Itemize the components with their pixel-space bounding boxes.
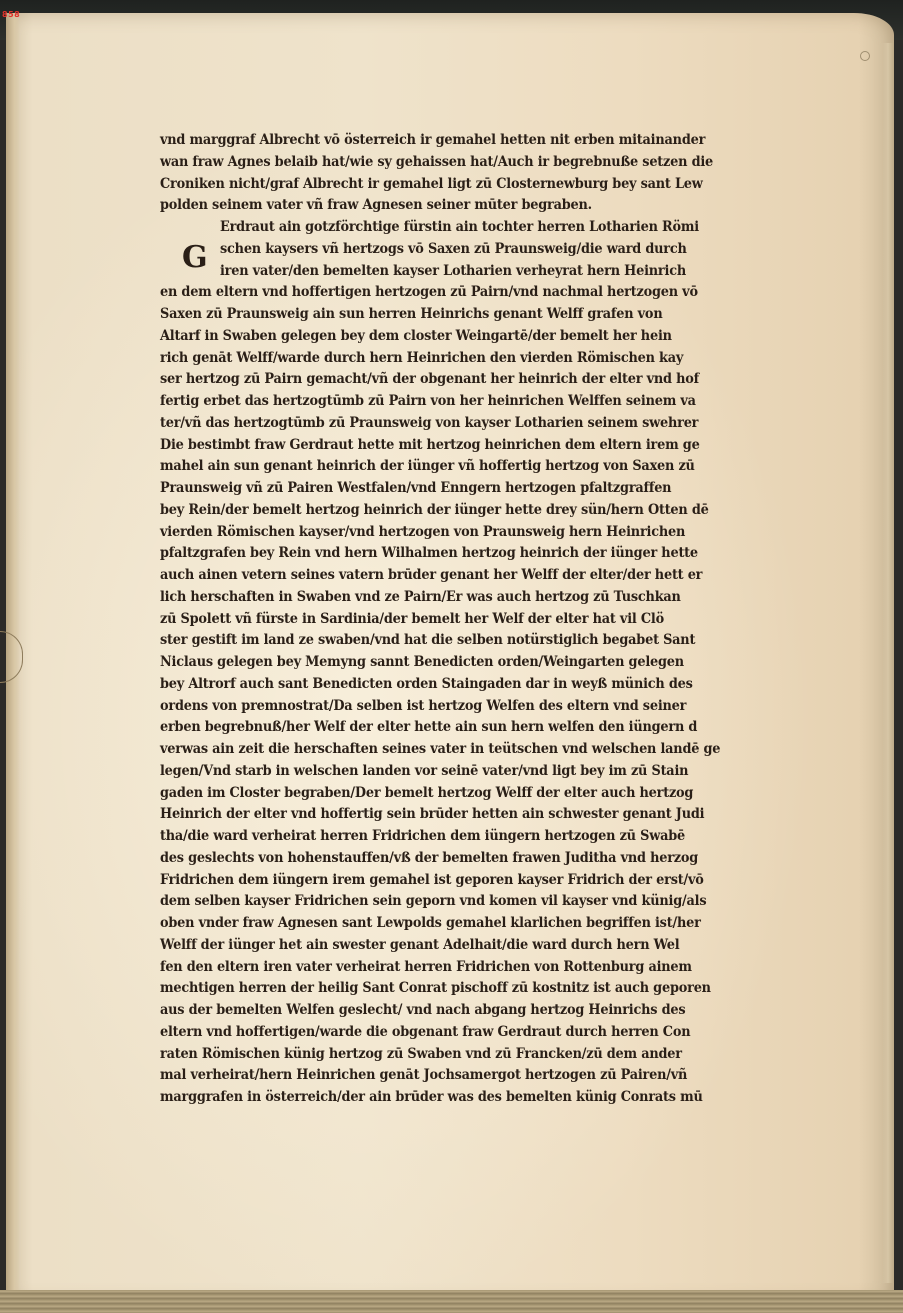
drop-cap-initial: G xyxy=(182,240,208,275)
text-line: mal verheirat/hern Heinrichen genāt Joch… xyxy=(160,1065,790,1087)
pin-hole-icon xyxy=(860,51,870,61)
text-line: auch ainen vetern seines vatern brūder g… xyxy=(160,565,790,587)
text-line: schen kaysers vñ hertzogs vō Saxen zū Pr… xyxy=(160,239,790,261)
text-line: des geslechts von hohenstauffen/vß der b… xyxy=(160,848,790,870)
text-line: bey Altrorf auch sant Benedicten orden S… xyxy=(160,674,790,696)
text-line: ser hertzog zū Pairn gemacht/vñ der obge… xyxy=(160,369,790,391)
text-line: mahel ain sun genant heinrich der iünger… xyxy=(160,456,790,478)
text-line: Croniken nicht/graf Albrecht ir gemahel … xyxy=(160,174,790,196)
text-line: zū Spolett vñ fürste in Sardinia/der bem… xyxy=(160,609,790,631)
text-line: erben begrebnuß/her Welf der elter hette… xyxy=(160,717,790,739)
text-line: en dem eltern vnd hoffertigen hertzogen … xyxy=(160,282,790,304)
text-line: polden seinem vater vñ fraw Agnesen sein… xyxy=(160,195,790,217)
text-line: fen den eltern iren vater verheirat herr… xyxy=(160,957,790,979)
text-line: mechtigen herren der heilig Sant Conrat … xyxy=(160,978,790,1000)
text-line: eltern vnd hoffertigen/warde die obgenan… xyxy=(160,1022,790,1044)
text-line: aus der bemelten Welfen geslecht/ vnd na… xyxy=(160,1000,790,1022)
text-line: Saxen zū Praunsweig ain sun herren Heinr… xyxy=(160,304,790,326)
text-line: vierden Römischen kayser/vnd hertzogen v… xyxy=(160,522,790,544)
text-line: Niclaus gelegen bey Memyng sannt Benedic… xyxy=(160,652,790,674)
text-line: Altarf in Swaben gelegen bey dem closter… xyxy=(160,326,790,348)
text-line: legen/Vnd starb in welschen landen vor s… xyxy=(160,761,790,783)
text-line: Erdraut ain gotzförchtige fürstin ain to… xyxy=(160,217,790,239)
text-line: raten Römischen künig hertzog zū Swaben … xyxy=(160,1044,790,1066)
text-line: Welff der iünger het ain swester genant … xyxy=(160,935,790,957)
text-line: Praunsweig vñ zū Pairen Westfalen/vnd En… xyxy=(160,478,790,500)
text-line: dem selben kayser Fridrichen sein geporn… xyxy=(160,891,790,913)
text-line: lich herschaften in Swaben vnd ze Pairn/… xyxy=(160,587,790,609)
text-line: pfaltzgrafen bey Rein vnd hern Wilhalmen… xyxy=(160,543,790,565)
text-line: oben vnder fraw Agnesen sant Lewpolds ge… xyxy=(160,913,790,935)
text-line: bey Rein/der bemelt hertzog heinrich der… xyxy=(160,500,790,522)
text-line: marggrafen in österreich/der ain brūder … xyxy=(160,1087,790,1109)
text-line: fertig erbet das hertzogtūmb zū Pairn vo… xyxy=(160,391,790,413)
text-line: Die bestimbt fraw Gerdraut hette mit her… xyxy=(160,435,790,457)
text-line: rich genāt Welff/warde durch hern Heinri… xyxy=(160,348,790,370)
text-line: iren vater/den bemelten kayser Lotharien… xyxy=(160,261,790,283)
text-line: ter/vñ das hertzogtūmb zū Praunsweig von… xyxy=(160,413,790,435)
text-line: gaden im Closter begraben/Der bemelt her… xyxy=(160,783,790,805)
folio-number: 858 xyxy=(2,10,20,19)
text-line: verwas ain zeit die herschaften seines v… xyxy=(160,739,790,761)
text-line: wan fraw Agnes belaib hat/wie sy gehaiss… xyxy=(160,152,790,174)
text-line: tha/die ward verheirat herren Fridrichen… xyxy=(160,826,790,848)
page-stack-edges xyxy=(0,1290,903,1313)
text-line: Heinrich der elter vnd hoffertig sein br… xyxy=(160,804,790,826)
text-line: ster gestift im land ze swaben/vnd hat d… xyxy=(160,630,790,652)
text-line: vnd marggraf Albrecht vō österreich ir g… xyxy=(160,130,790,152)
text-line: Fridrichen dem iüngern irem gemahel ist … xyxy=(160,870,790,892)
text-line: ordens von premnostrat/Da selben ist her… xyxy=(160,696,790,718)
page-fore-edge xyxy=(882,43,894,1283)
text-column: vnd marggraf Albrecht vō österreich ir g… xyxy=(160,130,790,1109)
